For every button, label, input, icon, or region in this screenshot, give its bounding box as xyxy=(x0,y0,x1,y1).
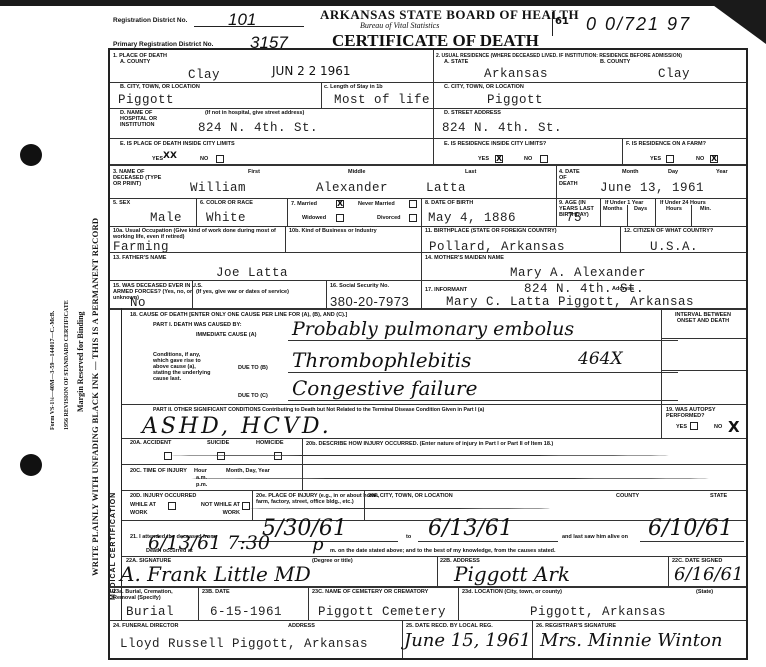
never-married-checkbox[interactable] xyxy=(409,200,417,208)
divider xyxy=(122,438,746,439)
farm-no-checkbox[interactable]: X xyxy=(710,155,718,163)
mother-name[interactable]: Mary A. Alexander xyxy=(510,266,646,280)
residence-inside-city-yes-label: YES xyxy=(478,156,489,162)
scan-corner xyxy=(706,0,766,44)
age[interactable]: 75 xyxy=(566,211,582,225)
divider xyxy=(421,226,422,286)
residence-county[interactable]: Clay xyxy=(658,67,690,81)
divider xyxy=(640,541,744,542)
injury-city-label: 20f. CITY, TOWN, OR LOCATION xyxy=(368,493,453,499)
residence-street[interactable]: 824 N. 4th. St. xyxy=(442,121,562,135)
autopsy-no-checkbox[interactable]: X xyxy=(728,422,736,430)
divider xyxy=(122,404,746,405)
never-married-label: Never Married xyxy=(358,201,395,207)
residence-county-label: b. COUNTY xyxy=(600,59,630,65)
void-line xyxy=(190,478,710,479)
death-inside-city-no-checkbox[interactable] xyxy=(216,155,224,163)
divider xyxy=(556,164,557,198)
divider xyxy=(421,198,422,226)
first-name-label: First xyxy=(248,169,260,175)
months-label: Months xyxy=(603,206,623,212)
divider xyxy=(288,400,678,401)
divorced-label: Divorced xyxy=(377,215,401,221)
farm-no-label: NO xyxy=(696,156,704,162)
length-of-stay-label: c. Length of Stay in 1b xyxy=(324,84,383,90)
immediate-cause-label: IMMEDIATE CAUSE (a) xyxy=(196,332,256,338)
residence-city-label: c. CITY, TOWN, OR LOCATION xyxy=(444,84,524,90)
ssn[interactable]: 380-20-7973 xyxy=(330,294,409,309)
residence-inside-city-label: e. IS RESIDENCE INSIDE CITY LIMITS? xyxy=(444,141,546,147)
binder-hole-top xyxy=(20,144,42,166)
death-occurred-suffix: m. on the date stated above; and to the … xyxy=(330,548,556,554)
death-inside-city-yes-label: YES xyxy=(152,156,163,162)
autopsy-label: 19. WAS AUTOPSY PERFORMED? xyxy=(666,407,726,419)
dob[interactable]: May 4, 1886 xyxy=(428,211,516,225)
registration-district-label: Registration District No. xyxy=(113,17,187,24)
scan-top-edge xyxy=(0,0,766,6)
binder-hole-bottom xyxy=(20,454,42,476)
sex[interactable]: Male xyxy=(150,211,182,225)
divider xyxy=(433,108,746,109)
while-at-work-label: WHILE AT WORK xyxy=(130,501,166,517)
while-at-work-checkbox[interactable] xyxy=(168,502,176,510)
residence-inside-city-no-checkbox[interactable] xyxy=(540,155,548,163)
divider xyxy=(196,198,197,226)
homicide-label: HOMICIDE xyxy=(256,440,284,446)
divider xyxy=(402,620,403,658)
part2-label: PART II. OTHER SIGNIFICANT CONDITIONS Co… xyxy=(153,407,484,413)
part2-conditions[interactable]: ASHD, HCVD. xyxy=(142,414,332,439)
void-line xyxy=(170,455,670,456)
occupation-label: 10a. Usual Occupation (Give kind of work… xyxy=(113,228,283,240)
informant[interactable]: Mary C. Latta Piggott, Arkansas xyxy=(446,295,694,309)
last-name[interactable]: Latta xyxy=(426,181,466,195)
mother-label: 14. MOTHER'S MAIDEN NAME xyxy=(425,255,504,261)
due-to-c[interactable]: Congestive failure xyxy=(292,376,477,400)
primary-registration-district-label: Primary Registration District No. xyxy=(113,41,213,48)
burial-date[interactable]: 6-15-1961 xyxy=(210,605,282,619)
funeral-director[interactable]: Lloyd Russell Piggott, Arkansas xyxy=(120,637,368,651)
divider xyxy=(287,198,288,226)
burial-state-label: (State) xyxy=(696,589,713,595)
suicide-label: SUICIDE xyxy=(207,440,229,446)
divider xyxy=(110,198,746,199)
conditions-note: Conditions, if any, which gave rise to a… xyxy=(153,352,215,382)
divider xyxy=(622,138,623,164)
married-label: 7. Married xyxy=(291,201,317,207)
usual-residence-label: 2. USUAL RESIDENCE (Where deceased lived… xyxy=(436,53,682,59)
last-saw-label: and last saw him alive on xyxy=(562,534,628,540)
middle-name-label: Middle xyxy=(348,169,365,175)
death-time-ampm[interactable]: p xyxy=(312,534,324,555)
form-number: Form VS-1¼—40M—3-59—144017—C.-McB. xyxy=(50,311,56,430)
time-of-injury-label: 20c. TIME OF INJURY xyxy=(130,468,187,474)
month-label: Month xyxy=(622,169,639,175)
injury-county-label: COUNTY xyxy=(616,493,639,499)
year-label: Year xyxy=(716,169,728,175)
homicide-checkbox[interactable] xyxy=(274,452,282,460)
days-label: Days xyxy=(634,206,647,212)
divider xyxy=(421,280,422,310)
hours-label: Hours xyxy=(666,206,682,212)
agency-title: ARKANSAS STATE BOARD OF HEALTH xyxy=(320,7,579,23)
accident-label: 20a. ACCIDENT xyxy=(130,440,171,446)
date-of-death-label: 4. DATE OF DEATH xyxy=(559,169,585,187)
bureau-title: Bureau of Vital Statistics xyxy=(360,21,439,30)
registration-district-value: 101 xyxy=(228,10,256,30)
informant-address-label: Address xyxy=(612,286,634,292)
ink-instruction: WRITE PLAINLY WITH UNFADING BLACK INK — … xyxy=(90,218,100,576)
binding-note: Margin Reserved for Binding xyxy=(76,311,85,412)
degree-label: (Degree or title) xyxy=(312,558,353,564)
divider xyxy=(110,108,433,109)
divider xyxy=(433,138,746,139)
divider xyxy=(110,308,746,310)
divider xyxy=(285,226,286,252)
residence-city[interactable]: Piggott xyxy=(487,93,543,107)
revision-note: 1956 REVISION OF STANDARD CERTIFICATE xyxy=(64,300,70,430)
divider xyxy=(532,620,533,658)
divider xyxy=(110,82,433,83)
citizen-label: 12. CITIZEN OF WHAT COUNTRY? xyxy=(624,228,713,234)
divorced-checkbox[interactable] xyxy=(409,214,417,222)
widowed-checkbox[interactable] xyxy=(336,214,344,222)
date-of-death[interactable]: June 13, 1961 xyxy=(600,181,704,195)
divider xyxy=(110,164,746,166)
death-city-label: b. CITY, TOWN, OR LOCATION xyxy=(120,84,200,90)
not-while-at-work-label: NOT WHILE AT WORK xyxy=(190,501,240,517)
divider xyxy=(110,252,746,253)
funeral-director-label: 24. FUNERAL DIRECTOR xyxy=(113,623,179,629)
ssn-label: 16. Social Security No. xyxy=(330,283,389,289)
autopsy-no-label: NO xyxy=(714,424,722,430)
divider xyxy=(418,541,558,542)
burial-location-label: 23d. LOCATION (City, town, or county) xyxy=(462,589,562,595)
divider xyxy=(556,198,557,226)
race[interactable]: White xyxy=(206,211,246,225)
last-name-label: Last xyxy=(465,169,476,175)
file-mark: 61 xyxy=(555,16,569,27)
attended-to[interactable]: 6/13/61 xyxy=(428,516,513,541)
received-stamp: JUN 2 2 1961 xyxy=(272,64,351,78)
injury-describe-label: 20b. DESCRIBE HOW INJURY OCCURRED. (Ente… xyxy=(306,441,553,447)
burial-date-label: 23b. DATE xyxy=(202,589,230,595)
residence-inside-city-no-label: NO xyxy=(524,156,532,162)
sex-label: 5. SEX xyxy=(113,200,130,206)
medical-certification-label: MEDICAL CERTIFICATION xyxy=(110,492,117,600)
divider xyxy=(122,464,746,465)
death-city[interactable]: Piggott xyxy=(118,93,174,107)
due-to-c-label: DUE TO (c) xyxy=(238,393,268,399)
divider xyxy=(691,205,692,226)
void-line xyxy=(250,508,550,509)
injury-state-label: STATE xyxy=(710,493,727,499)
state-file-number: 0 0/721 97 xyxy=(586,14,691,35)
min-label: Min. xyxy=(700,206,711,212)
date-received[interactable]: June 15, 1961 xyxy=(404,630,531,651)
divider xyxy=(364,490,365,520)
part1-label: PART I. DEATH WAS CAUSED BY: xyxy=(153,322,242,328)
accident-checkbox[interactable] xyxy=(164,452,172,460)
residence-street-label: d. STREET ADDRESS xyxy=(444,110,501,116)
deceased-name-label: 3. NAME OF DECEASED (Type or print) xyxy=(113,169,163,187)
armed-forces-dates-label: (If yes, give war or dates of service) xyxy=(196,289,289,295)
death-county-label: a. COUNTY xyxy=(120,59,150,65)
divider xyxy=(122,556,746,557)
farm-yes-label: YES xyxy=(650,156,661,162)
dob-label: 8. DATE OF BIRTH xyxy=(425,200,473,206)
cemetery-label: 23c. NAME OF CEMETERY OR CREMATORY xyxy=(312,589,428,595)
burial-label: 23a. Burial, Cremation, Removal (Specify… xyxy=(113,589,193,601)
burial-location[interactable]: Piggott, Arkansas xyxy=(530,605,666,619)
widowed-label: Widowed xyxy=(302,215,326,221)
divider xyxy=(437,556,438,586)
divider xyxy=(110,586,746,588)
date-received-label: 25. DATE RECD. by LOCAL REG. xyxy=(406,623,493,629)
hour-label: Hour xyxy=(194,468,207,474)
length-of-stay[interactable]: Most of life xyxy=(334,93,430,107)
race-label: 6. COLOR OR RACE xyxy=(200,200,253,206)
divider xyxy=(192,280,193,310)
burial[interactable]: Burial xyxy=(126,605,174,619)
death-county[interactable]: Clay xyxy=(188,68,220,82)
divider xyxy=(668,556,669,586)
immediate-cause[interactable]: Probably pulmonary embolus xyxy=(292,318,574,340)
married-checkbox[interactable]: X xyxy=(336,200,344,208)
divider xyxy=(661,310,662,404)
divider xyxy=(655,198,656,226)
divider xyxy=(110,138,433,139)
due-to-b-label: DUE TO (b) xyxy=(238,365,268,371)
date-signed[interactable]: 6/16/61 xyxy=(674,564,743,585)
divider xyxy=(620,226,621,252)
middle-name[interactable]: Alexander xyxy=(316,181,388,195)
residence-inside-city-yes-checkbox[interactable]: X xyxy=(495,155,503,163)
autopsy-yes-checkbox[interactable] xyxy=(690,422,698,430)
last-saw[interactable]: 6/10/61 xyxy=(648,516,733,541)
registrar-label: 26. REGISTRAR'S SIGNATURE xyxy=(536,623,616,629)
divider xyxy=(122,490,746,491)
divider xyxy=(288,340,678,341)
pm-label: p.m. xyxy=(196,482,207,488)
death-inside-city-label: e. IS PLACE OF DEATH INSIDE CITY LIMITS xyxy=(120,141,235,147)
divider xyxy=(110,280,746,281)
not-while-at-work-checkbox[interactable] xyxy=(242,502,250,510)
death-inside-city-yes-mark[interactable]: XX xyxy=(163,151,177,161)
place-of-injury-label: 20e. PLACE OF INJURY (e.g., in or about … xyxy=(256,493,386,505)
hospital-label: d. NAME OF HOSPITAL OR INSTITUTION xyxy=(120,110,180,128)
residence-state[interactable]: Arkansas xyxy=(484,67,548,81)
divider xyxy=(661,404,662,438)
divider xyxy=(661,370,746,371)
hospital[interactable]: 824 N. 4th. St. xyxy=(198,121,318,135)
divider xyxy=(321,82,322,108)
first-name[interactable]: William xyxy=(190,181,246,195)
residence-state-label: a. STATE xyxy=(444,59,468,65)
attended-to-label: to xyxy=(406,534,411,540)
divider xyxy=(433,82,746,83)
suicide-checkbox[interactable] xyxy=(217,452,225,460)
due-to-b-code: 464X xyxy=(578,349,623,369)
divider xyxy=(458,586,459,620)
divider xyxy=(252,490,253,520)
divider xyxy=(627,205,628,226)
birthplace-label: 11. BIRTHPLACE (State or foreign country… xyxy=(425,228,557,234)
death-inside-city-no-label: NO xyxy=(200,156,208,162)
hospital-note: (If not in hospital, give street address… xyxy=(205,110,304,116)
injury-occurred-label: 20d. INJURY OCCURRED xyxy=(130,493,196,499)
farm-yes-checkbox[interactable] xyxy=(666,155,674,163)
death-time[interactable]: 6/13/61 7:30 xyxy=(148,532,270,554)
funeral-address-label: ADDRESS xyxy=(288,623,315,629)
attended-from[interactable]: 5/30/61 xyxy=(262,516,347,541)
mdy-label: Month, Day, Year xyxy=(226,468,270,474)
physician-signature[interactable]: A. Frank Little MD xyxy=(120,562,311,586)
divider xyxy=(288,372,678,373)
divider xyxy=(661,338,746,339)
due-to-b[interactable]: Thrombophlebitis xyxy=(292,348,471,372)
divider xyxy=(110,226,746,227)
interval-label: INTERVAL BETWEEN ONSET AND DEATH xyxy=(668,312,738,324)
divider xyxy=(110,620,746,621)
father-label: 13. FATHER'S NAME xyxy=(113,255,166,261)
farm-label: f. IS RESIDENCE ON A FARM? xyxy=(626,141,706,147)
registrar-signature[interactable]: Mrs. Minnie Winton xyxy=(540,630,722,651)
father-name[interactable]: Joe Latta xyxy=(216,266,288,280)
day-label: Day xyxy=(668,169,678,175)
physician-address[interactable]: Piggott Ark xyxy=(454,562,570,586)
divider xyxy=(600,198,601,226)
divider xyxy=(308,586,309,620)
cemetery[interactable]: Piggott Cemetery xyxy=(318,605,446,619)
business-label: 10b. Kind of Business or Industry xyxy=(289,228,377,234)
divider xyxy=(433,50,434,164)
divider xyxy=(198,586,199,620)
autopsy-yes-label: YES xyxy=(676,424,687,430)
divider xyxy=(326,280,327,310)
informant-label: 17. INFORMANT xyxy=(425,287,467,293)
armed-forces-label: 15. WAS DECEASED EVER IN U.S. ARMED FORC… xyxy=(113,283,203,301)
